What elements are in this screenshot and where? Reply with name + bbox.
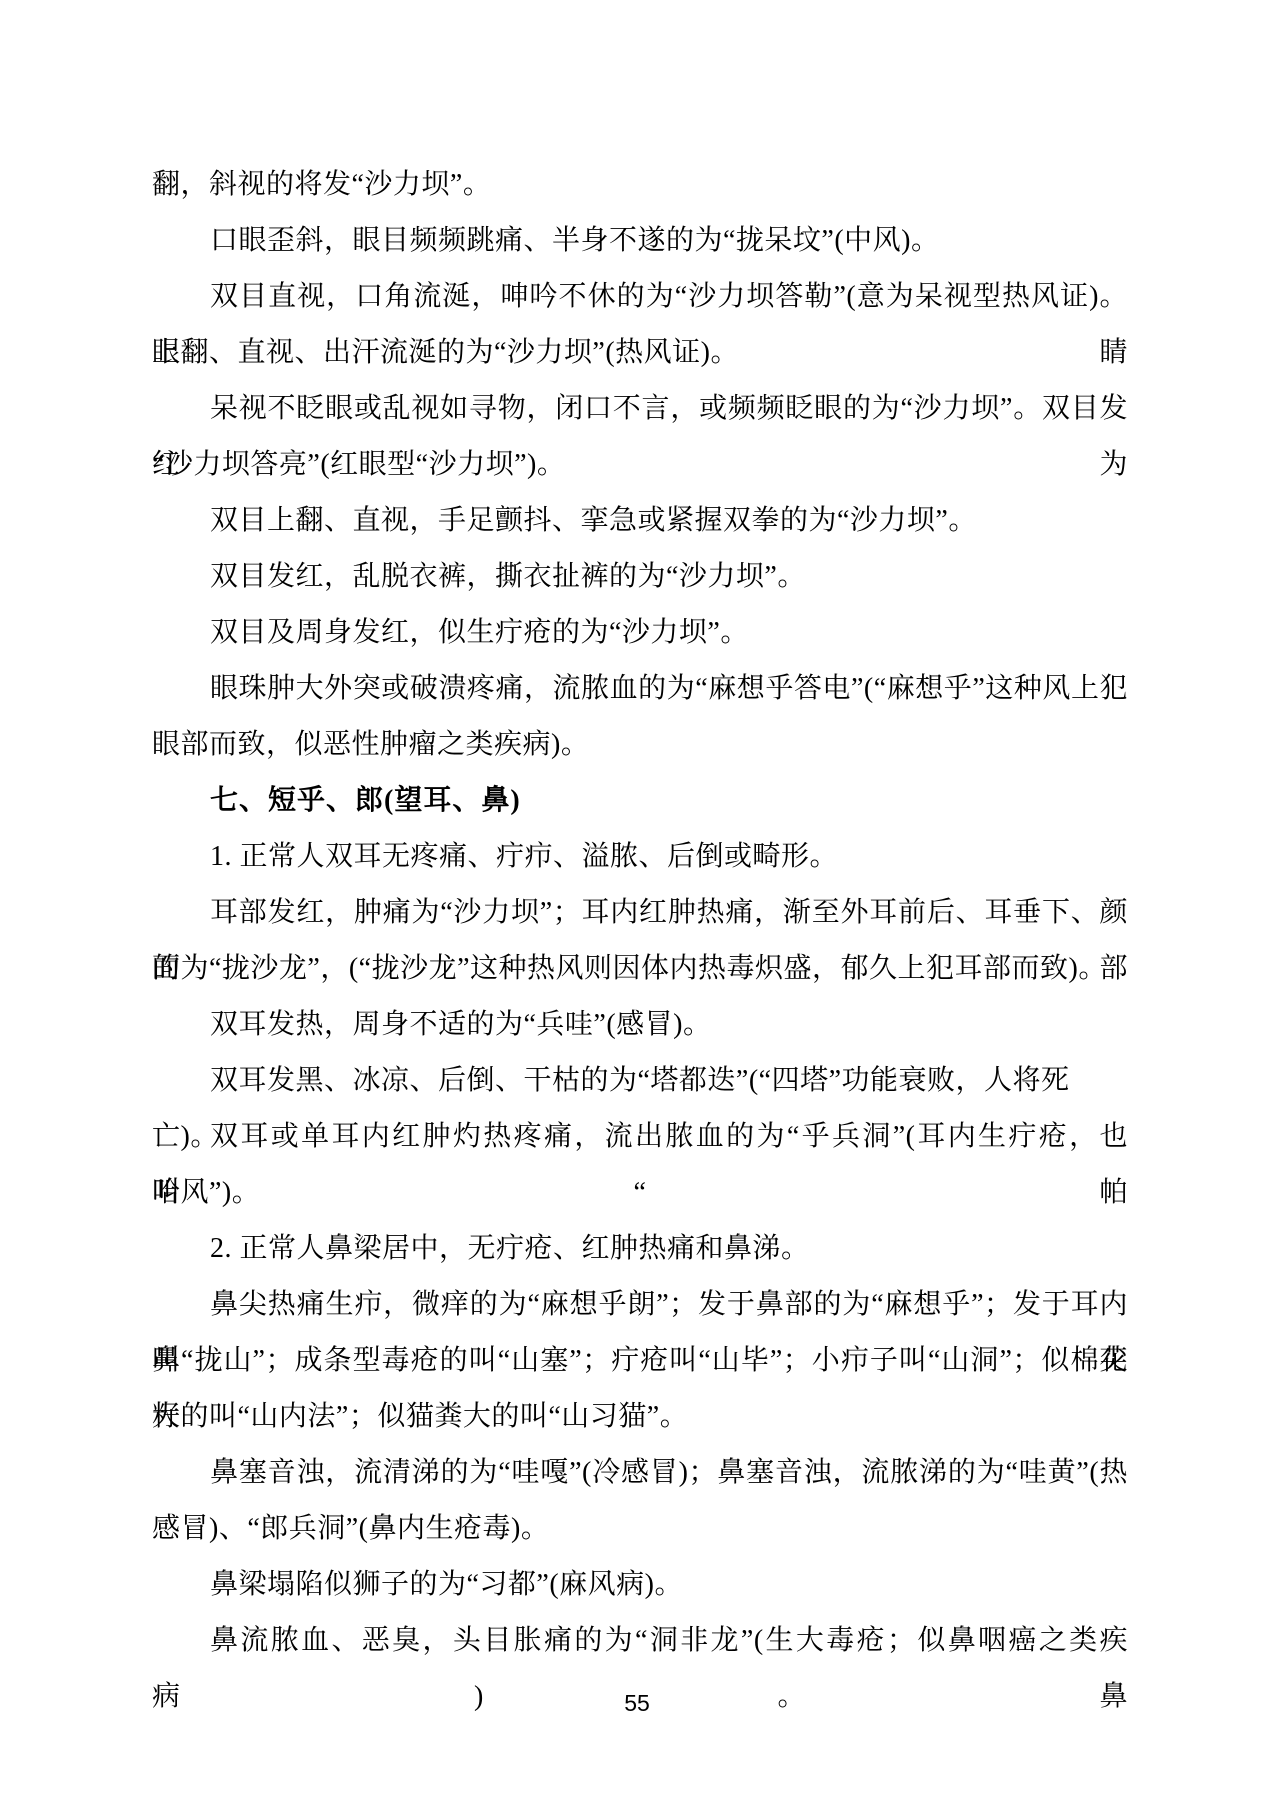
- text-line: 眼部而致，似恶性肿瘤之类疾病)。: [152, 717, 1128, 773]
- text-line: 大的叫“山内法”；似猫粪大的叫“山习猫”。: [152, 1389, 1128, 1445]
- text-content: 翻，斜视的将发“沙力坝”。口眼歪斜，眼目频频跳痛、半身不遂的为“拢呆坟”(中风)…: [152, 157, 1128, 1669]
- text-line: 呆视不眨眼或乱视如寻物，闭口不言，或频频眨眼的为“沙力坝”。双目发红为: [152, 381, 1128, 437]
- text-line: 双目上翻、直视，手足颤抖、挛急或紧握双拳的为“沙力坝”。: [152, 493, 1128, 549]
- text-line: 双耳发黑、冰凉、后倒、干枯的为“塔都迭”(“四塔”功能衰败，人将死亡)。: [152, 1053, 1128, 1109]
- text-line: 感冒)、“郎兵洞”(鼻内生疮毒)。: [152, 1501, 1128, 1557]
- text-line: 双目及周身发红，似生疔疮的为“沙力坝”。: [152, 605, 1128, 661]
- text-line: 双耳发热，周身不适的为“兵哇”(感冒)。: [152, 997, 1128, 1053]
- text-line: 鼻尖热痛生疖，微痒的为“麻想乎朗”；发于鼻部的为“麻想乎”；发于耳内鼻尖: [152, 1277, 1128, 1333]
- text-line: 的为“拢沙龙”，(“拢沙龙”这种热风则因体内热毒炽盛，郁久上犯耳部而致)。: [152, 941, 1128, 997]
- page-number: 55: [0, 1688, 1274, 1718]
- text-line: 2. 正常人鼻梁居中，无疔疮、红肿热痛和鼻涕。: [152, 1221, 1128, 1277]
- text-line: 鼻梁塌陷似狮子的为“习都”(麻风病)。: [152, 1557, 1128, 1613]
- text-line: 眼珠肿大外突或破溃疼痛，流脓血的为“麻想乎答电”(“麻想乎”这种风上犯: [152, 661, 1128, 717]
- text-line: 叫“拢山”；成条型毒疮的叫“山塞”；疔疮叫“山毕”；小疖子叫“山洞”；似棉花籽: [152, 1333, 1128, 1389]
- text-line: 双耳或单耳内红肿灼热疼痛，流出脓血的为“乎兵洞”(耳内生疔疮，也叫“帕: [152, 1109, 1128, 1165]
- text-line: 鼻流脓血、恶臭，头目胀痛的为“洞非龙”(生大毒疮；似鼻咽癌之类疾病)。鼻: [152, 1613, 1128, 1669]
- text-line: 1. 正常人双耳无疼痛、疔疖、溢脓、后倒或畸形。: [152, 829, 1128, 885]
- section-heading: 七、短乎、郎(望耳、鼻): [152, 773, 1128, 829]
- text-line: 双目直视，口角流涎，呻吟不休的为“沙力坝答勒”(意为呆视型热风证)。眼睛: [152, 269, 1128, 325]
- text-line: 耳部发红，肿痛为“沙力坝”；耳内红肿热痛，渐至外耳前后、耳垂下、颜面部: [152, 885, 1128, 941]
- text-line: 双目发红，乱脱衣裤，撕衣扯裤的为“沙力坝”。: [152, 549, 1128, 605]
- text-line: 口眼歪斜，眼目频频跳痛、半身不遂的为“拢呆坟”(中风)。: [152, 213, 1128, 269]
- text-line: 鼻塞音浊，流清涕的为“哇嘎”(冷感冒)；鼻塞音浊，流脓涕的为“哇黄”(热: [152, 1445, 1128, 1501]
- document-page: 翻，斜视的将发“沙力坝”。口眼歪斜，眼目频频跳痛、半身不遂的为“拢呆坟”(中风)…: [0, 0, 1274, 1801]
- text-line: 翻，斜视的将发“沙力坝”。: [152, 157, 1128, 213]
